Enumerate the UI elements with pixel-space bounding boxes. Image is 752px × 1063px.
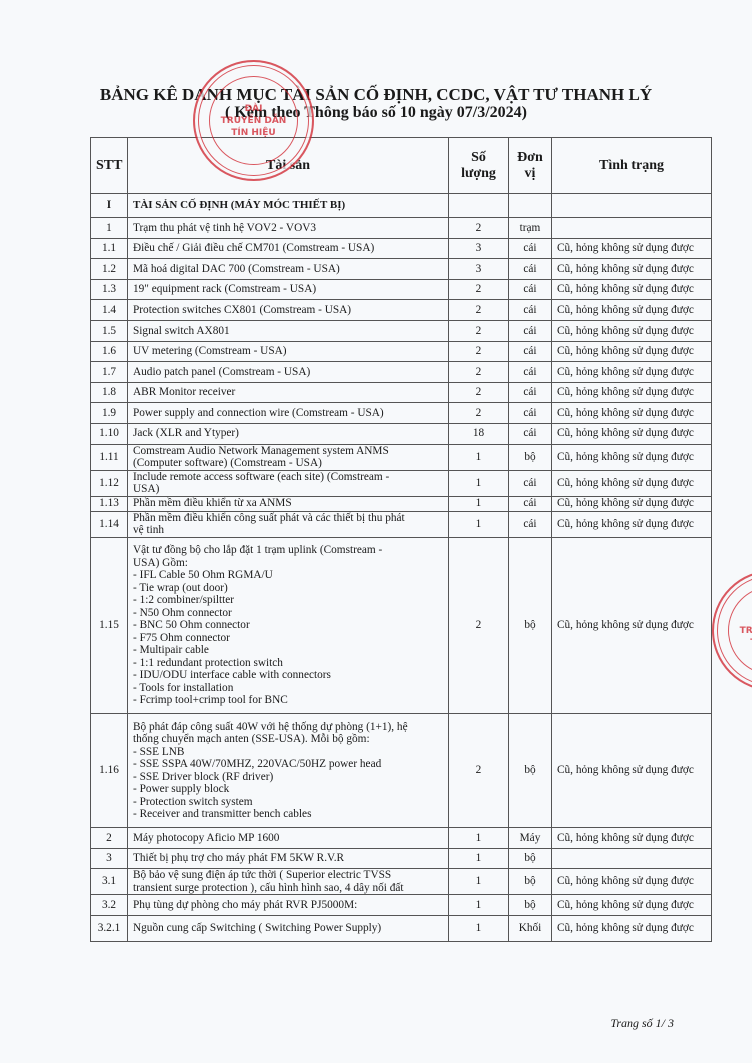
cell-name-line: Nguồn cung cấp Switching ( Switching Pow… [133,922,443,935]
cell-unit: bộ [509,848,552,869]
cell-qty: 2 [449,320,509,341]
table-body: ITÀI SẢN CỐ ĐỊNH (MÁY MÓC THIẾT BỊ)1Trạm… [91,194,712,942]
table-row: 1.9Power supply and connection wire (Com… [91,403,712,424]
cell-name-line: - IFL Cable 50 Ohm RGMA/U [133,569,443,582]
stamp-edge-line-2: TRUYỀN DẪN [740,625,752,637]
cell-name-line: Vật tư đồng bộ cho lắp đặt 1 trạm uplink… [133,544,443,557]
cell-unit: trạm [509,218,552,239]
cell-name-line: - Fcrimp tool+crimp tool for BNC [133,694,443,707]
document-title: BẢNG KÊ DANH MỤC TÀI SẢN CỐ ĐỊNH, CCDC, … [0,85,752,104]
cell-status: Cũ, hỏng không sử dụng được [552,444,712,470]
table-row: 1.12Include remote access software (each… [91,470,712,496]
asset-table: STT Tài sản Số lượng Đơn vị Tình trạng I… [90,137,712,942]
cell-stt: 1.3 [91,279,128,300]
col-header-name: Tài sản [128,138,449,194]
cell-status: Cũ, hỏng không sử dụng được [552,470,712,496]
cell-name-line: 19" equipment rack (Comstream - USA) [133,283,443,296]
cell-name: Phần mềm điều khiển công suất phát và cá… [128,511,449,537]
cell-name-line: - Multipair cable [133,644,443,657]
cell-name-line: Audio patch panel (Comstream - USA) [133,366,443,379]
cell-name-line: - Tools for installation [133,682,443,695]
table-row: 1.5Signal switch AX8012cáiCũ, hỏng không… [91,320,712,341]
cell-name: Phụ tùng dự phòng cho máy phát RVR PJ500… [128,895,449,916]
cell-name: TÀI SẢN CỐ ĐỊNH (MÁY MÓC THIẾT BỊ) [128,194,449,218]
cell-name: Nguồn cung cấp Switching ( Switching Pow… [128,915,449,941]
table-row: 1.13Phần mềm điều khiển từ xa ANMS1cáiCũ… [91,496,712,511]
cell-name-line: Máy photocopy Aficio MP 1600 [133,832,443,845]
cell-qty: 3 [449,259,509,280]
cell-status: Cũ, hỏng không sử dụng được [552,915,712,941]
col-header-qty-line2: lượng [454,166,503,182]
cell-name-line: Phần mềm điều khiển công suất phát và cá… [133,512,443,525]
table-row: 1.10Jack (XLR and Ytyper)18cáiCũ, hỏng k… [91,423,712,444]
cell-stt: I [91,194,128,218]
cell-name-line: Signal switch AX801 [133,325,443,338]
cell-name: Điều chế / Giải điều chế CM701 (Comstrea… [128,238,449,259]
table-row: 1.11Comstream Audio Network Management s… [91,444,712,470]
table-row: 1.8ABR Monitor receiver2cáiCũ, hỏng khôn… [91,382,712,403]
cell-qty: 1 [449,470,509,496]
table-row: 1.14Phần mềm điều khiển công suất phát v… [91,511,712,537]
cell-stt: 2 [91,828,128,849]
cell-unit: cái [509,259,552,280]
cell-unit: cái [509,382,552,403]
cell-status: Cũ, hỏng không sử dụng được [552,403,712,424]
cell-status: Cũ, hỏng không sử dụng được [552,238,712,259]
cell-stt: 1.12 [91,470,128,496]
cell-name: Thiết bị phụ trợ cho máy phát FM 5KW R.V… [128,848,449,869]
cell-qty: 2 [449,300,509,321]
cell-name-line: Comstream Audio Network Management syste… [133,445,443,458]
cell-status: Cũ, hỏng không sử dụng được [552,537,712,714]
page-number: Trang số 1/ 3 [610,1016,674,1031]
table-row: 1.1Điều chế / Giải điều chế CM701 (Comst… [91,238,712,259]
cell-qty: 2 [449,362,509,383]
table-row: 2Máy photocopy Aficio MP 16001MáyCũ, hỏn… [91,828,712,849]
table-row: 3.2Phụ tùng dự phòng cho máy phát RVR PJ… [91,895,712,916]
cell-name: Bộ bảo vệ sung điện áp tức thời ( Superi… [128,869,449,895]
cell-unit: bộ [509,869,552,895]
cell-status: Cũ, hỏng không sử dụng được [552,320,712,341]
cell-name-line: Bộ bảo vệ sung điện áp tức thời ( Superi… [133,869,443,882]
cell-status: Cũ, hỏng không sử dụng được [552,828,712,849]
cell-status: Cũ, hỏng không sử dụng được [552,869,712,895]
table-header-row: STT Tài sản Số lượng Đơn vị Tình trạng [91,138,712,194]
cell-qty: 18 [449,423,509,444]
cell-qty: 2 [449,341,509,362]
col-header-stt: STT [91,138,128,194]
cell-status: Cũ, hỏng không sử dụng được [552,714,712,828]
cell-stt: 1.16 [91,714,128,828]
cell-name-line: Điều chế / Giải điều chế CM701 (Comstrea… [133,242,443,255]
cell-qty: 1 [449,848,509,869]
cell-stt: 1.15 [91,537,128,714]
cell-status: Cũ, hỏng không sử dụng được [552,259,712,280]
cell-unit: cái [509,238,552,259]
cell-name-line: Mã hoá digital DAC 700 (Comstream - USA) [133,263,443,276]
cell-stt: 3.1 [91,869,128,895]
cell-name-line: Phần mềm điều khiển từ xa ANMS [133,497,443,510]
cell-name-line: - IDU/ODU interface cable with connector… [133,669,443,682]
cell-name-line: Protection switches CX801 (Comstream - U… [133,304,443,317]
cell-name-line: Phụ tùng dự phòng cho máy phát RVR PJ500… [133,899,443,912]
cell-stt: 1.5 [91,320,128,341]
cell-unit: bộ [509,895,552,916]
cell-stt: 1 [91,218,128,239]
cell-status [552,218,712,239]
cell-stt: 1.4 [91,300,128,321]
cell-unit: bộ [509,444,552,470]
cell-name-line: Thiết bị phụ trợ cho máy phát FM 5KW R.V… [133,852,443,865]
cell-status: Cũ, hỏng không sử dụng được [552,341,712,362]
cell-name-line: ABR Monitor receiver [133,386,443,399]
cell-name-line: vệ tinh [133,524,443,537]
cell-name: ABR Monitor receiver [128,382,449,403]
cell-name: Máy photocopy Aficio MP 1600 [128,828,449,849]
cell-qty: 1 [449,444,509,470]
cell-stt: 1.7 [91,362,128,383]
cell-unit: bộ [509,714,552,828]
section-row: ITÀI SẢN CỐ ĐỊNH (MÁY MÓC THIẾT BỊ) [91,194,712,218]
cell-unit: cái [509,496,552,511]
cell-stt: 1.13 [91,496,128,511]
cell-name-line: USA) Gồm: [133,557,443,570]
cell-status: Cũ, hỏng không sử dụng được [552,300,712,321]
cell-name: Phần mềm điều khiển từ xa ANMS [128,496,449,511]
stamp-center-edge: ĐÀI TRUYỀN DẪN TÍN HIỆU [728,586,752,675]
cell-stt: 3.2 [91,895,128,916]
cell-name: Protection switches CX801 (Comstream - U… [128,300,449,321]
cell-name-line: (Computer software) (Comstream - USA) [133,457,443,470]
col-header-unit: Đơn vị [509,138,552,194]
table-row: 1.16Bộ phát đáp công suất 40W với hệ thố… [91,714,712,828]
cell-unit [509,194,552,218]
table-row: 3.1Bộ bảo vệ sung điện áp tức thời ( Sup… [91,869,712,895]
table-row: 1.15Vật tư đồng bộ cho lắp đặt 1 trạm up… [91,537,712,714]
cell-name: Trạm thu phát vệ tinh hệ VOV2 - VOV3 [128,218,449,239]
cell-stt: 1.2 [91,259,128,280]
cell-name-line: - Receiver and transmitter bench cables [133,808,443,821]
cell-unit: cái [509,341,552,362]
cell-name-line: Power supply and connection wire (Comstr… [133,407,443,420]
cell-name: Vật tư đồng bộ cho lắp đặt 1 trạm uplink… [128,537,449,714]
cell-unit: Khối [509,915,552,941]
cell-name-line: Include remote access software (each sit… [133,471,443,484]
table-row: 1.6UV metering (Comstream - USA)2cáiCũ, … [91,341,712,362]
cell-qty: 1 [449,511,509,537]
cell-name-line: USA) [133,483,443,496]
table-row: 1.2Mã hoá digital DAC 700 (Comstream - U… [91,259,712,280]
document-subtitle: ( Kèm theo Thông báo số 10 ngày 07/3/202… [0,104,752,122]
cell-name-line: thống chuyển mạch anten (SSE-USA). Mỗi b… [133,733,443,746]
cell-name: Jack (XLR and Ytyper) [128,423,449,444]
cell-qty: 1 [449,869,509,895]
cell-name-line: - Tie wrap (out door) [133,582,443,595]
table-row: 1.319" equipment rack (Comstream - USA)2… [91,279,712,300]
cell-status [552,194,712,218]
cell-unit: cái [509,300,552,321]
cell-status: Cũ, hỏng không sử dụng được [552,362,712,383]
cell-unit: cái [509,403,552,424]
cell-unit: bộ [509,537,552,714]
cell-qty: 3 [449,238,509,259]
cell-unit: Máy [509,828,552,849]
cell-unit: cái [509,470,552,496]
cell-name-line: TÀI SẢN CỐ ĐỊNH (MÁY MÓC THIẾT BỊ) [133,199,443,212]
cell-stt: 1.11 [91,444,128,470]
cell-qty: 2 [449,714,509,828]
cell-status: Cũ, hỏng không sử dụng được [552,279,712,300]
cell-status [552,848,712,869]
cell-name: Power supply and connection wire (Comstr… [128,403,449,424]
cell-qty: 2 [449,537,509,714]
cell-name: Mã hoá digital DAC 700 (Comstream - USA) [128,259,449,280]
cell-qty: 2 [449,403,509,424]
table-row: 3Thiết bị phụ trợ cho máy phát FM 5KW R.… [91,848,712,869]
cell-name-line: - 1:1 redundant protection switch [133,657,443,670]
cell-status: Cũ, hỏng không sử dụng được [552,895,712,916]
cell-qty: 2 [449,279,509,300]
cell-name-line: - SSE Driver block (RF driver) [133,771,443,784]
cell-stt: 1.8 [91,382,128,403]
cell-stt: 1.9 [91,403,128,424]
cell-stt: 3 [91,848,128,869]
cell-name-line: UV metering (Comstream - USA) [133,345,443,358]
cell-stt: 1.10 [91,423,128,444]
cell-name: UV metering (Comstream - USA) [128,341,449,362]
cell-name-line: - SSE SSPA 40W/70MHZ, 220VAC/50HZ power … [133,758,443,771]
cell-qty [449,194,509,218]
cell-status: Cũ, hỏng không sử dụng được [552,423,712,444]
cell-name-line: Trạm thu phát vệ tinh hệ VOV2 - VOV3 [133,222,443,235]
cell-name-line: transient surge protection ), cấu hình h… [133,882,443,895]
cell-status: Cũ, hỏng không sử dụng được [552,496,712,511]
table-row: 1Trạm thu phát vệ tinh hệ VOV2 - VOV32tr… [91,218,712,239]
cell-name-line: - F75 Ohm connector [133,632,443,645]
cell-name: Include remote access software (each sit… [128,470,449,496]
cell-qty: 1 [449,828,509,849]
col-header-qty-line1: Số [454,150,503,166]
col-header-qty: Số lượng [449,138,509,194]
cell-qty: 2 [449,218,509,239]
cell-stt: 3.2.1 [91,915,128,941]
col-header-unit-line2: vị [514,166,546,182]
cell-name-line: - 1:2 combiner/spiltter [133,594,443,607]
cell-status: Cũ, hỏng không sử dụng được [552,382,712,403]
table-row: 1.4Protection switches CX801 (Comstream … [91,300,712,321]
cell-name-line: - N50 Ohm connector [133,607,443,620]
cell-name-line: Jack (XLR and Ytyper) [133,427,443,440]
cell-stt: 1.1 [91,238,128,259]
cell-name: 19" equipment rack (Comstream - USA) [128,279,449,300]
cell-unit: cái [509,362,552,383]
cell-name: Comstream Audio Network Management syste… [128,444,449,470]
cell-name: Signal switch AX801 [128,320,449,341]
cell-qty: 1 [449,895,509,916]
cell-name: Bộ phát đáp công suất 40W với hệ thống d… [128,714,449,828]
cell-qty: 1 [449,915,509,941]
cell-name-line: - Power supply block [133,783,443,796]
table-row: 1.7Audio patch panel (Comstream - USA)2c… [91,362,712,383]
cell-name-line: Bộ phát đáp công suất 40W với hệ thống d… [133,721,443,734]
cell-unit: cái [509,320,552,341]
cell-unit: cái [509,279,552,300]
cell-name-line: - Protection switch system [133,796,443,809]
cell-name-line: - SSE LNB [133,746,443,759]
cell-unit: cái [509,423,552,444]
cell-status: Cũ, hỏng không sử dụng được [552,511,712,537]
cell-qty: 1 [449,496,509,511]
cell-name: Audio patch panel (Comstream - USA) [128,362,449,383]
cell-qty: 2 [449,382,509,403]
red-seal-stamp-edge: ĐÀI TRUYỀN DẪN TÍN HIỆU [712,570,752,691]
col-header-status: Tình trạng [552,138,712,194]
col-header-unit-line1: Đơn [514,150,546,166]
cell-name-line: - BNC 50 Ohm connector [133,619,443,632]
cell-stt: 1.6 [91,341,128,362]
cell-unit: cái [509,511,552,537]
table-row: 3.2.1Nguồn cung cấp Switching ( Switchin… [91,915,712,941]
cell-stt: 1.14 [91,511,128,537]
